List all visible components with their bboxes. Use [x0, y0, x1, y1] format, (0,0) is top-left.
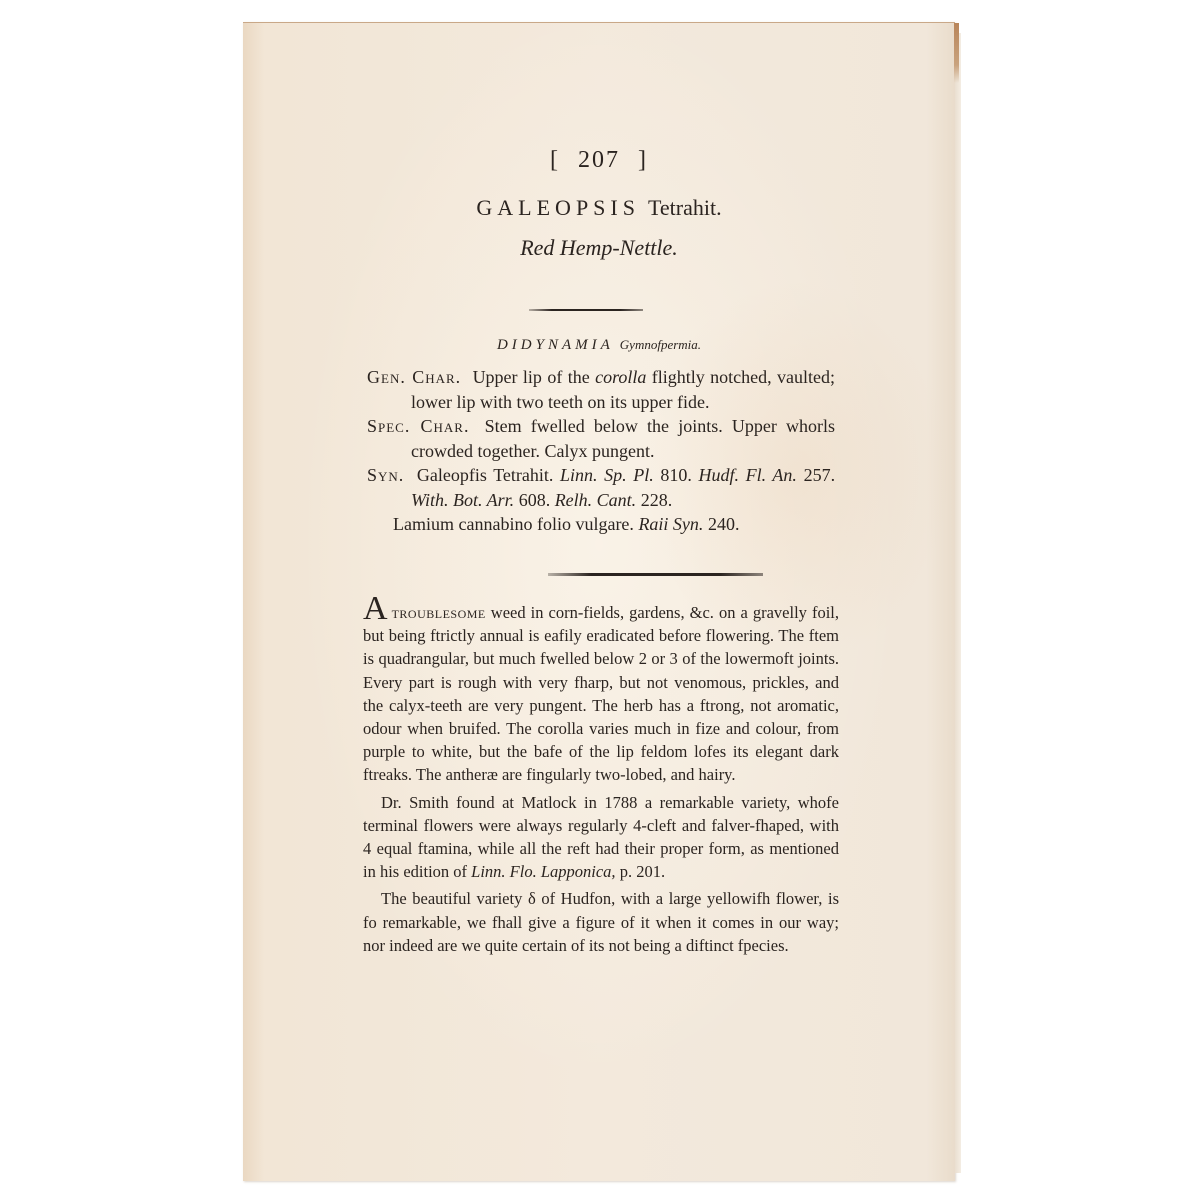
- page-title: GALEOPSISTetrahit.: [243, 195, 955, 221]
- syn-ref3: With. Bot. Arr.: [411, 490, 514, 510]
- syn-ref1-num: 810.: [660, 465, 692, 485]
- common-name: Red Hemp-Nettle.: [243, 235, 955, 261]
- page-edge-stain: [954, 23, 959, 83]
- species-name: Tetrahit.: [648, 195, 722, 220]
- title-divider: [529, 309, 643, 311]
- synonyms: Syn. Galeopfis Tetrahit. Linn. Sp. Pl. 8…: [367, 463, 835, 512]
- syn-ref4-num: 228.: [641, 490, 673, 510]
- paragraph-3: The beautiful variety δ of Hudfon, with …: [363, 887, 839, 957]
- paragraph-2-text-after: p. 201.: [620, 862, 665, 881]
- page-number: [ 207 ]: [243, 147, 955, 174]
- spec-char-label: Spec. Char.: [367, 416, 469, 436]
- paragraph-2-italic: Linn. Flo. Lapponica,: [471, 862, 615, 881]
- classification: DIDYNAMIAGymnofpermia.: [243, 337, 955, 354]
- section-divider: [548, 573, 763, 576]
- syn-name: Galeopfis Tetrahit.: [417, 465, 553, 485]
- book-page: [ 207 ] GALEOPSISTetrahit. Red Hemp-Nett…: [243, 22, 955, 1181]
- drop-cap: A: [363, 590, 388, 627]
- syn-ref2: Hudf. Fl. An.: [699, 465, 797, 485]
- paragraph-3-text: The beautiful variety δ of Hudfon, with …: [363, 889, 839, 954]
- characters-block: Gen. Char. Upper lip of the corolla flig…: [367, 365, 835, 537]
- gen-char-text-before: Upper lip of the: [473, 367, 590, 387]
- description-body: Atroublesome weed in corn-fields, garden…: [363, 599, 839, 961]
- paragraph-1-text: weed in corn-fields, gardens, &c. on a g…: [363, 603, 839, 784]
- syn-label: Syn.: [367, 465, 404, 485]
- spec-char-text: Stem fwelled below the joints. Upper who…: [411, 416, 835, 461]
- syn-last-text: Lamium cannabino folio vulgare.: [393, 514, 634, 534]
- paragraph-2: Dr. Smith found at Matlock in 1788 a rem…: [363, 791, 839, 884]
- syn-ref3-num: 608.: [519, 490, 551, 510]
- syn-ref2-num: 257.: [804, 465, 836, 485]
- generic-character: Gen. Char. Upper lip of the corolla flig…: [367, 365, 835, 414]
- genus-name: GALEOPSIS: [476, 195, 640, 220]
- syn-ref5: Raii Syn.: [638, 514, 703, 534]
- syn-ref1: Linn. Sp. Pl.: [560, 465, 654, 485]
- paragraph-1: Atroublesome weed in corn-fields, garden…: [363, 599, 839, 787]
- classification-class: DIDYNAMIA: [497, 337, 614, 353]
- classification-order: Gymnofpermia.: [620, 337, 701, 352]
- gen-char-italic: corolla: [595, 367, 646, 387]
- syn-ref4: Relh. Cant.: [555, 490, 637, 510]
- specific-character: Spec. Char. Stem fwelled below the joint…: [367, 414, 835, 463]
- gen-char-label: Gen. Char.: [367, 367, 461, 387]
- synonym-last-line: Lamium cannabino folio vulgare. Raii Syn…: [367, 512, 835, 537]
- lead-caps: troublesome: [392, 603, 486, 622]
- page-edge: [955, 33, 961, 1173]
- syn-ref5-num: 240.: [708, 514, 740, 534]
